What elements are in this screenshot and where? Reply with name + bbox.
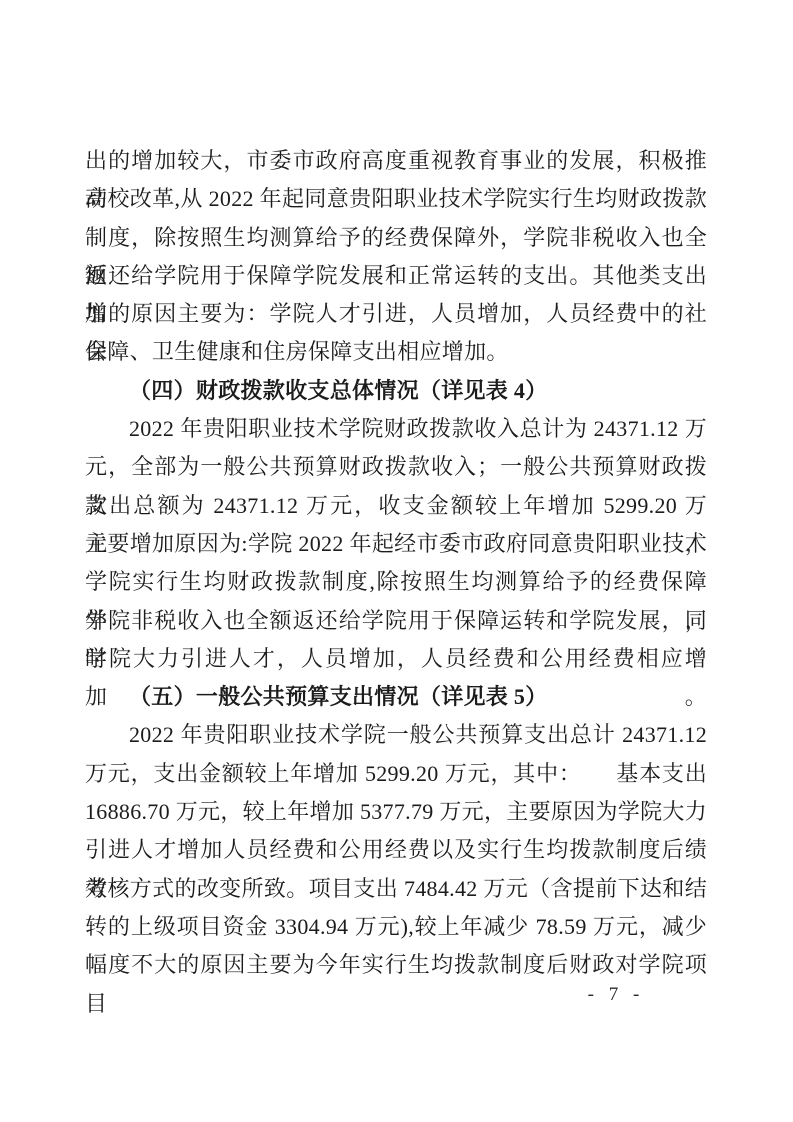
text-line: 万元，支出金额较上年增加 5299.20 万元，其中： 基本支出 [85,755,707,793]
text-line: 高校改革,从 2022 年起同意贵阳职业技术学院实行生均财政拨款 [85,180,707,218]
text-line: 制度，除按照生均测算给予的经费保障外，学院非税收入也全额 [85,219,707,257]
page-number: - 7 - [584,984,648,1006]
text-line: 16886.70 万元，较上年增加 5377.79 万元，主要原因为学院大力 [85,793,707,831]
text-line: 支出总额为 24371.12 万元，收支金额较上年增加 5299.20 万元， [85,487,707,525]
text-line: 学院大力引进人才，人员增加，人员经费和公用经费相应增加。 [85,640,707,678]
text-line: 幅度不大的原因主要为今年实行生均拨款制度后财政对学院项目 [85,946,707,984]
text-line: 转的上级项目资金 3304.94 万元),较上年减少 78.59 万元，减少 [85,908,707,946]
text-line: 学院非税收入也全额返还给学院用于保障运转和学院发展，同时 [85,602,707,640]
text-line: 主要增加原因为:学院 2022 年起经市委市政府同意贵阳职业技术 [85,525,707,563]
text-line: 元，全部为一般公共预算财政拨款收入；一般公共预算财政拨款 [85,448,707,486]
text-line: 2022 年贵阳职业技术学院财政拨款收入总计为 24371.12 万 [85,410,707,448]
text-line: 考核方式的改变所致。项目支出 7484.42 万元（含提前下达和结 [85,870,707,908]
text-line: 返还给学院用于保障学院发展和正常运转的支出。其他类支出增 [85,257,707,295]
text-line: 保障、卫生健康和住房保障支出相应增加。 [85,333,707,371]
text-line: 出的增加较大，市委市政府高度重视教育事业的发展，积极推动 [85,142,707,180]
text-line: 2022 年贵阳职业技术学院一般公共预算支出总计 24371.12 [85,716,707,754]
text-line: 引进人才增加人员经费和公用经费以及实行生均拨款制度后绩效 [85,831,707,869]
document-page: 出的增加较大，市委市政府高度重视教育事业的发展，积极推动高校改革,从 2022 … [0,0,793,1122]
section-heading: （四）财政拨款收支总体情况（详见表 4） [85,372,707,410]
text-line: 学院实行生均财政拨款制度,除按照生均测算给予的经费保障外， [85,563,707,601]
document-body: 出的增加较大，市委市政府高度重视教育事业的发展，积极推动高校改革,从 2022 … [85,142,707,985]
text-line: 加的原因主要为：学院人才引进，人员增加，人员经费中的社会 [85,295,707,333]
